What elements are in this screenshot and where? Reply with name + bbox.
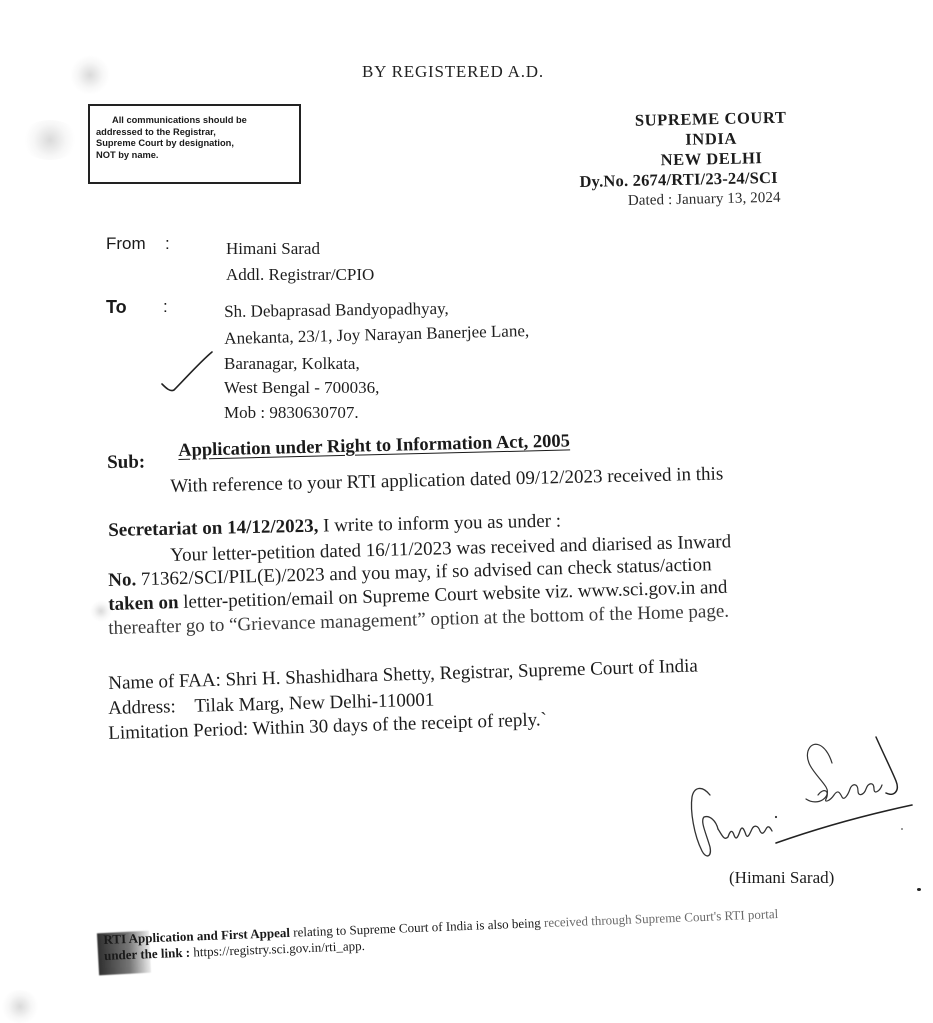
sender-name: Himani Sarad [226, 238, 320, 260]
sender-designation: Addl. Registrar/CPIO [226, 264, 374, 286]
from-colon: : [165, 234, 170, 254]
subject-text: Application under Right to Information A… [178, 431, 570, 462]
faa-name: Name of FAA: Shri H. Shashidhara Shetty,… [108, 656, 698, 695]
body-text: With reference to your RTI application d… [170, 463, 723, 497]
footer-text-bold: under the link : [104, 945, 191, 963]
notice-line: addressed to the Registrar, [96, 127, 293, 139]
notice-line: All communications should be [96, 115, 293, 127]
communications-notice-box: All communications should be addressed t… [88, 104, 301, 184]
subject-label: Sub: [107, 452, 145, 474]
recipient-address-line: Mob : 9830630707. [224, 402, 359, 424]
body-text-bold: No. [108, 569, 137, 591]
scan-dot [917, 888, 921, 891]
body-paragraph-1-line-1: With reference to your RTI application d… [170, 463, 723, 498]
scan-speckle [0, 990, 40, 1023]
recipient-address-line: Anekanta, 23/1, Joy Narayan Banerjee Lan… [224, 320, 529, 350]
recipient-address-line: Sh. Debaprasad Bandyopadhyay, [224, 298, 449, 323]
body-text-bold: Secretariat on 14/12/2023, [108, 516, 319, 541]
scan-speckle [70, 55, 110, 95]
recipient-address-line: Baranagar, Kolkata, [224, 353, 360, 375]
handwritten-signature [680, 725, 920, 875]
body-text: I write to inform you as under : [318, 511, 561, 537]
check-mark-icon [160, 348, 220, 396]
court-letterhead: SUPREME COURT INDIA NEW DELHI Dy.No. 267… [578, 106, 845, 212]
notice-line: NOT by name. [96, 150, 293, 162]
scan-speckle [20, 120, 80, 160]
recipient-address-line: West Bengal - 700036, [224, 377, 379, 399]
to-colon: : [163, 297, 168, 317]
from-label: From [106, 234, 146, 254]
to-label: To [106, 297, 127, 318]
delivery-mode-heading: BY REGISTERED A.D. [362, 62, 544, 82]
notice-line: Supreme Court by designation, [96, 138, 293, 150]
footer-note: RTI Application and First Appeal relatin… [102, 872, 894, 964]
body-text-bold: taken on [108, 592, 179, 615]
